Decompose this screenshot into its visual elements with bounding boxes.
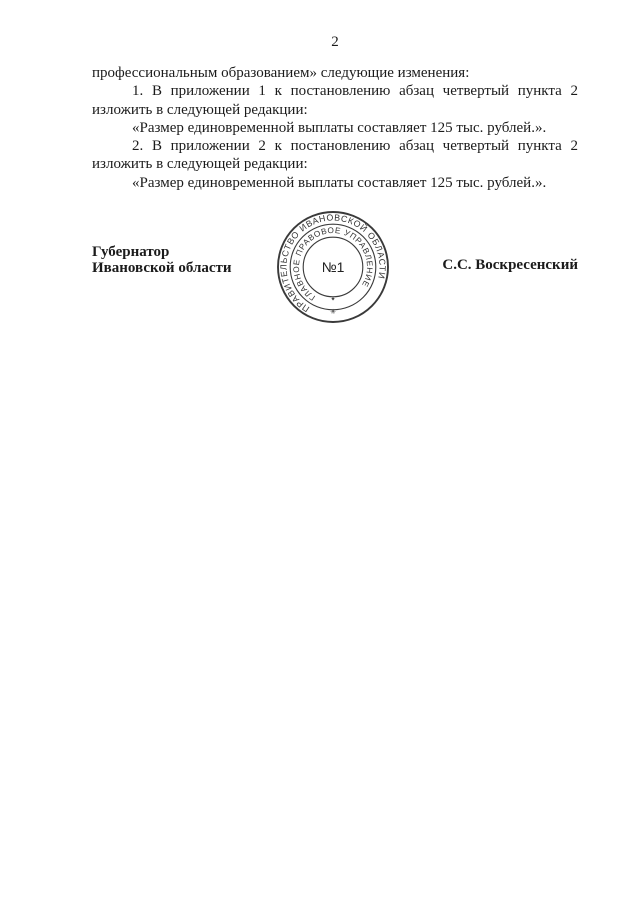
signatory-name: С.С. Воскресенский [442, 257, 578, 273]
page-number: 2 [92, 33, 578, 51]
body-line: «Размер единовременной выплаты составляе… [92, 119, 578, 137]
body-line: 1. В приложении 1 к постановлению абзац … [92, 82, 578, 100]
body-line: «Размер единовременной выплаты составляе… [92, 174, 578, 192]
body-line: изложить в следующей редакции: [92, 101, 578, 119]
signatory-title: Губернатор Ивановской области [92, 244, 232, 276]
document-body: профессиональным образованием» следующие… [92, 64, 578, 192]
stamp-outer-separator-icon: ✳ [330, 308, 336, 316]
body-line: изложить в следующей редакции: [92, 155, 578, 173]
body-line: профессиональным образованием» следующие… [92, 64, 578, 82]
signatory-title-line2: Ивановской области [92, 260, 232, 276]
document-page: 2 профессиональным образованием» следующ… [0, 0, 640, 905]
body-line: 2. В приложении 2 к постановлению абзац … [92, 137, 578, 155]
stamp-inner-separator-icon: ✦ [330, 296, 335, 303]
stamp-number: №1 [322, 259, 345, 275]
official-stamp: ПРАВИТЕЛЬСТВО ИВАНОВСКОЙ ОБЛАСТИ ГЛАВНОЕ… [273, 207, 393, 327]
signatory-title-line1: Губернатор [92, 244, 232, 260]
